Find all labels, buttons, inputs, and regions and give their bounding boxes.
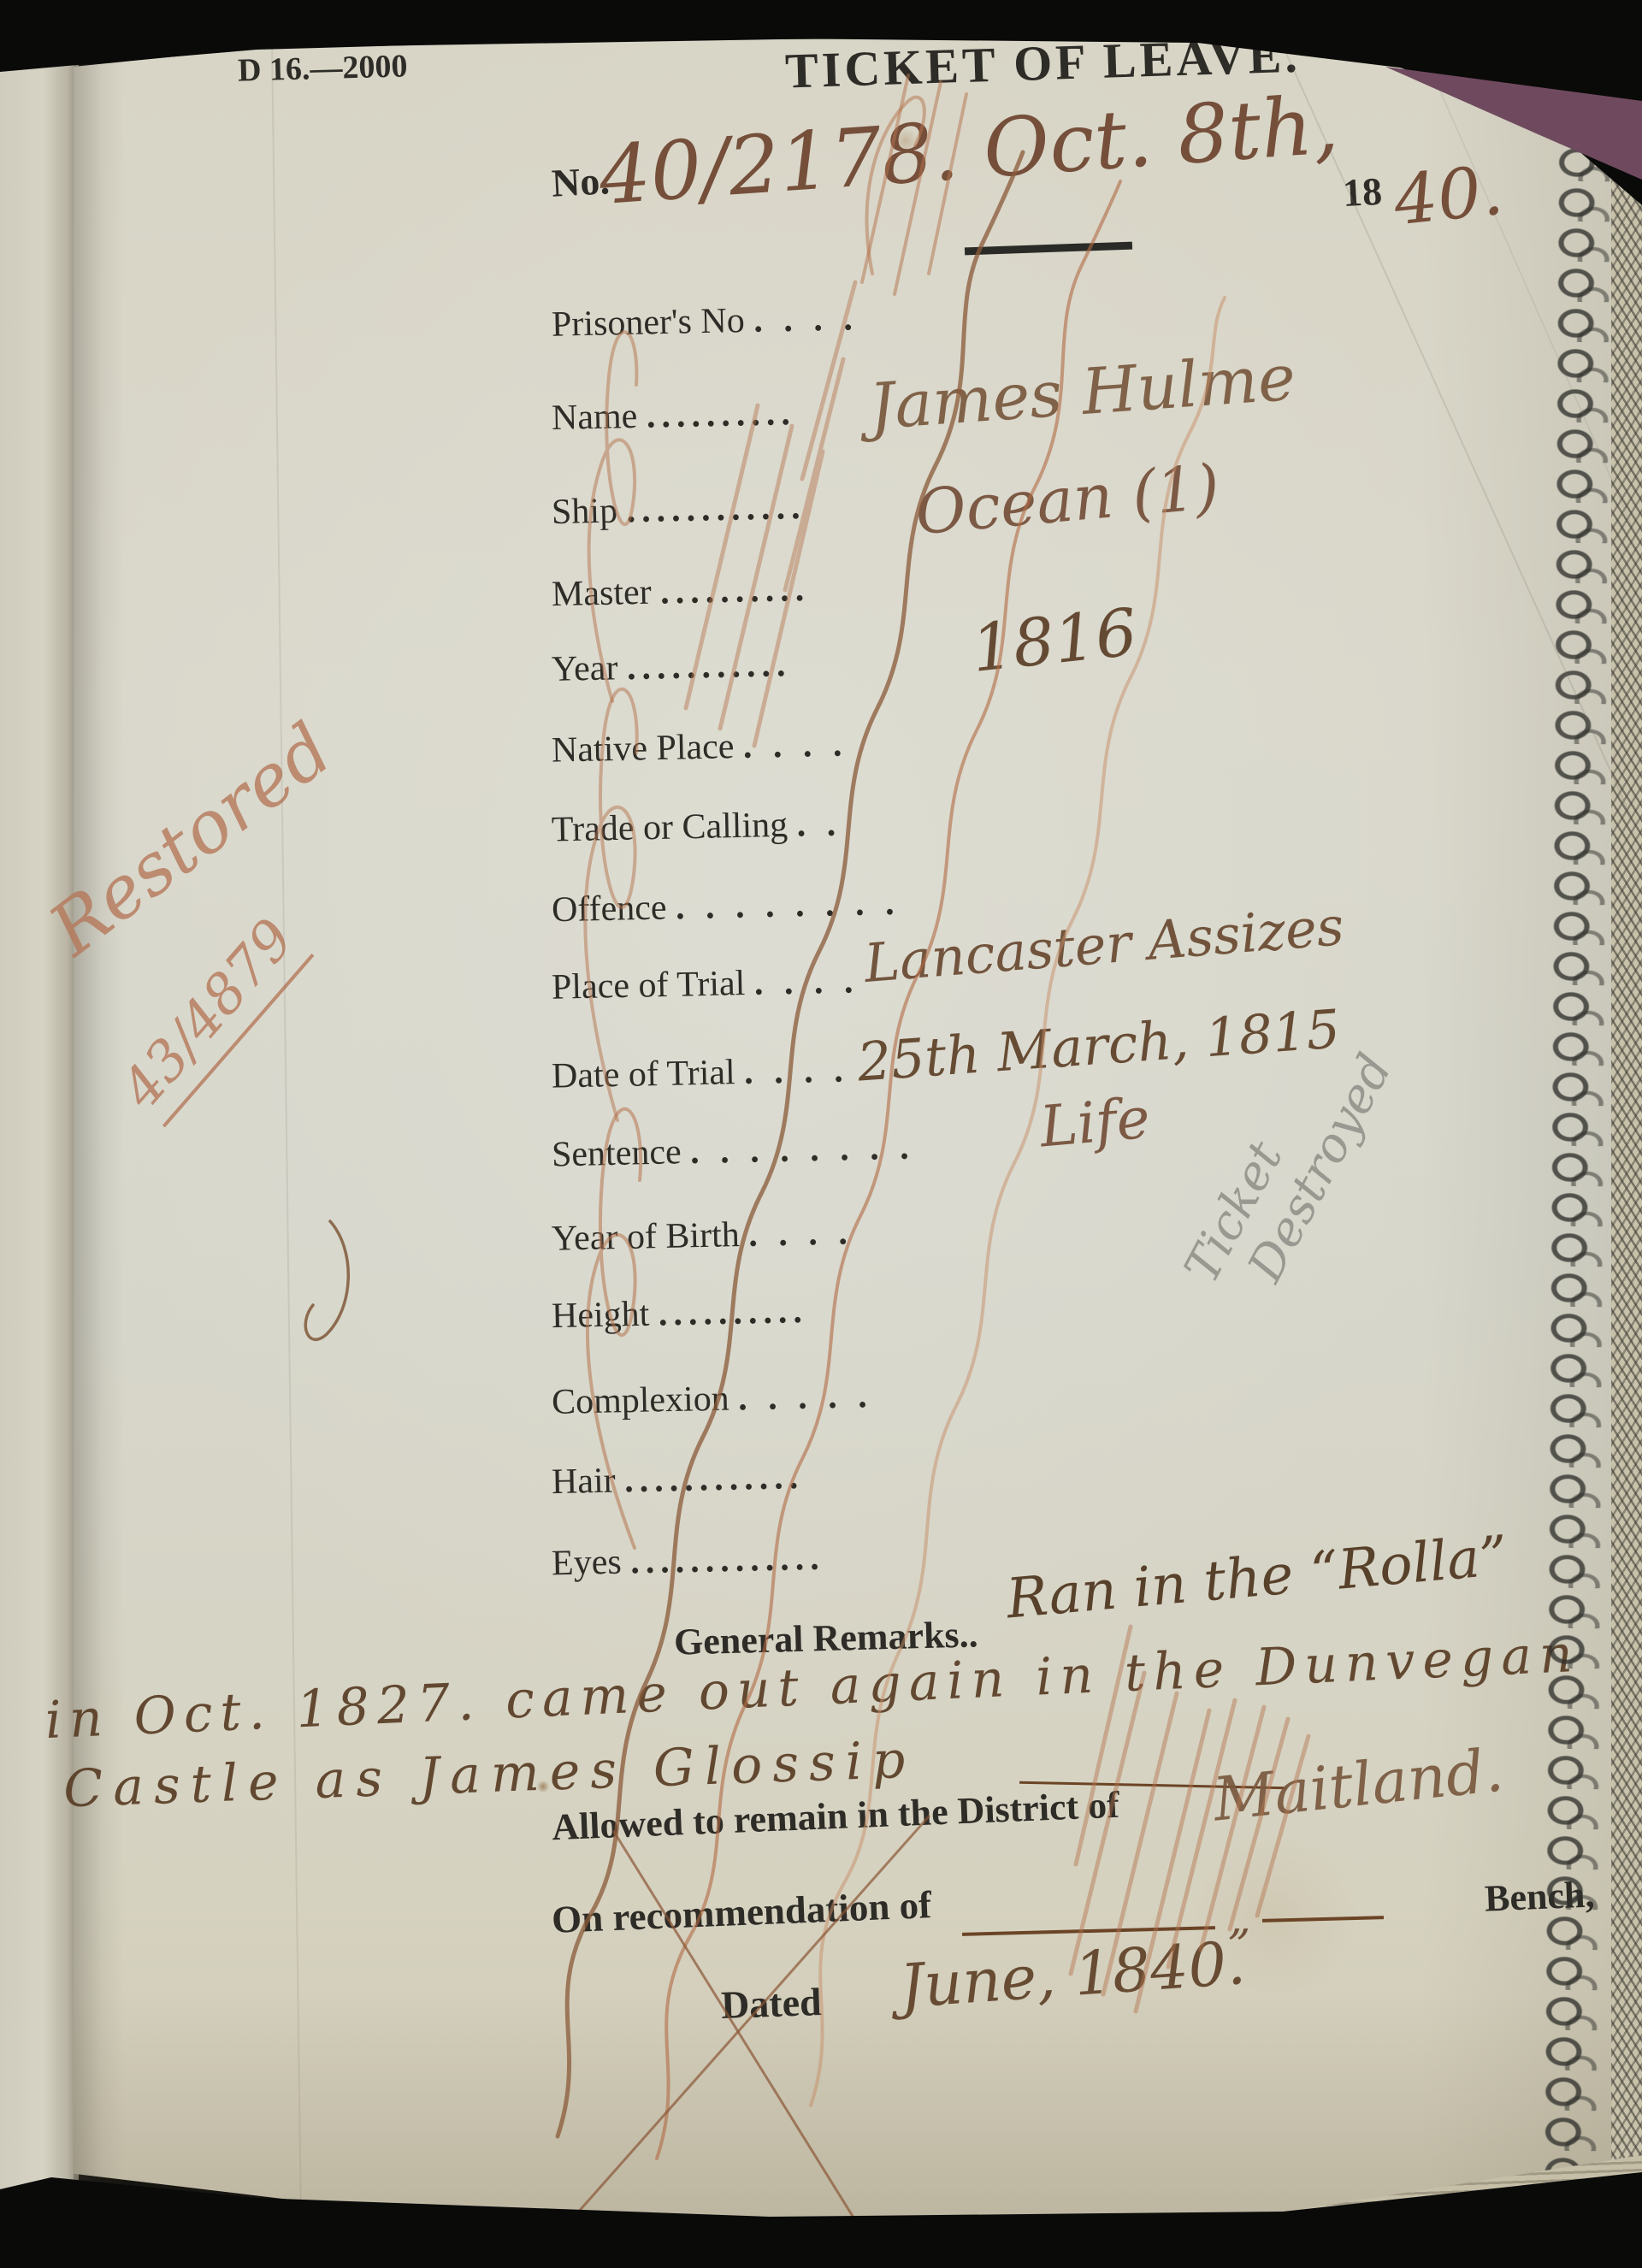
field-label: Trade or Calling — [552, 806, 789, 850]
field-row: Offence . . . . . . . . — [552, 883, 901, 931]
dot-leader: . . . . — [753, 961, 859, 1003]
form-code: D 16.—2000 — [237, 47, 408, 89]
loop-chain-border — [1531, 101, 1619, 2178]
field-label: Sentence — [552, 1132, 682, 1174]
field-label: Place of Trial — [552, 964, 746, 1007]
photographed-document: D 16.—2000 TICKET OF LEAVE. No. 18 Priso… — [0, 0, 1642, 2268]
field-label: Year — [552, 648, 618, 689]
field-row: Name .......... — [552, 393, 797, 439]
field-row: Date of Trial . . . . — [552, 1049, 850, 1096]
field-row: Trade or Calling . . — [552, 803, 842, 850]
dated-label: Dated — [720, 1979, 822, 2028]
field-row: Ship ............ — [552, 487, 806, 533]
fore-edge-hatch-pattern — [1611, 137, 1642, 2182]
dot-leader: . . . . . — [738, 1376, 873, 1418]
dot-leader: . . . . — [748, 1213, 853, 1255]
dot-leader: . . . . — [744, 1050, 849, 1092]
field-row: Year ........... — [552, 644, 792, 690]
field-row: Sentence . . . . . . . . — [552, 1127, 916, 1176]
dot-leader: .......... — [660, 570, 811, 612]
field-row: Eyes ............. — [552, 1538, 826, 1585]
field-label: Year of Birth — [552, 1215, 741, 1259]
field-label: Offence — [552, 888, 667, 930]
field-label: Master — [552, 573, 653, 614]
field-row: Native Place . . . . — [552, 724, 848, 771]
field-row: Hair ............ — [552, 1456, 805, 1503]
dot-leader: . . . . — [742, 724, 848, 766]
field-row: Complexion . . . . . — [552, 1375, 874, 1423]
field-label: Hair — [552, 1462, 617, 1503]
field-row: Height .......... — [552, 1291, 809, 1337]
field-label: Date of Trial — [552, 1053, 736, 1096]
sentence-value: Life — [1037, 1085, 1153, 1161]
field-row: Place of Trial . . . . — [552, 960, 859, 1008]
field-label: Height — [552, 1295, 650, 1336]
year-printed-18: 18 — [1342, 168, 1384, 216]
dot-leader: ........... — [626, 645, 791, 688]
field-label: Name — [552, 397, 638, 438]
field-label: Native Place — [552, 727, 735, 770]
field-label: Prisoner's No — [552, 301, 746, 345]
field-row: Prisoner's No . . . . — [552, 298, 859, 346]
dot-leader: . . . . . . . . — [690, 1128, 915, 1172]
field-label: Complexion — [552, 1379, 730, 1422]
dot-leader: .......... — [658, 1291, 808, 1334]
dot-leader: .......... — [646, 393, 796, 436]
dot-leader: . . — [796, 804, 842, 844]
field-row: Master .......... — [552, 569, 811, 615]
dot-leader: ............. — [630, 1539, 825, 1582]
field-label: Eyes — [552, 1543, 623, 1584]
adjacent-page-edge — [0, 32, 79, 2232]
field-row: Year of Birth . . . . — [552, 1212, 854, 1259]
dot-leader: . . . . — [753, 298, 859, 340]
dot-leader: ............ — [626, 487, 806, 530]
year-handwritten-40: 40. — [1390, 151, 1506, 241]
dot-leader: ............ — [624, 1457, 805, 1500]
dot-leader: . . . . . . . . — [676, 883, 901, 927]
field-label: Ship — [552, 492, 618, 533]
